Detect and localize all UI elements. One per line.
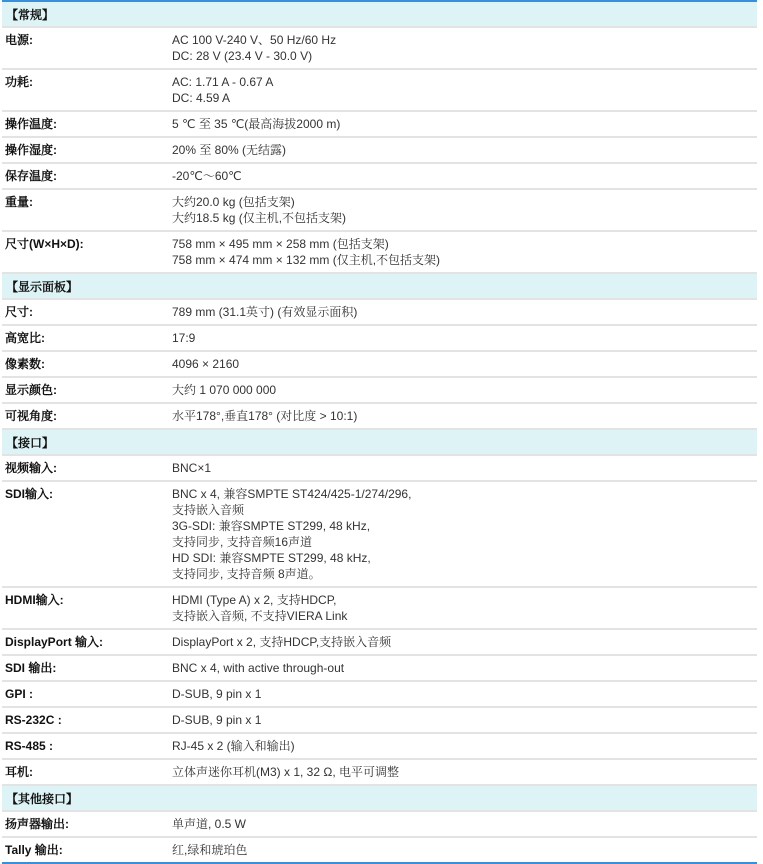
spec-label: DisplayPort 输入: (2, 629, 169, 655)
section-title: 【其他接口】 (2, 785, 757, 811)
spec-value-line: AC: 1.71 A - 0.67 A (172, 74, 757, 90)
spec-value-line: 758 mm × 495 mm × 258 mm (包括支架) (172, 236, 757, 252)
spec-value: 单声道, 0.5 W (169, 811, 757, 837)
spec-label: 扬声器输出: (2, 811, 169, 837)
spec-row: 操作温度:5 ℃ 至 35 ℃(最高海拔2000 m) (2, 111, 757, 137)
spec-value: BNC x 4, with active through-out (169, 655, 757, 681)
spec-table: 【常规】电源:AC 100 V-240 V、50 Hz/60 HzDC: 28 … (2, 0, 757, 842)
spec-value-line: 17:9 (172, 330, 757, 346)
spec-label: 视频输入: (2, 455, 169, 481)
spec-value-line: 大约18.5 kg (仅主机,不包括支架) (172, 210, 757, 226)
spec-value: RJ-45 x 2 (输入和输出) (169, 733, 757, 759)
spec-row: DisplayPort 输入:DisplayPort x 2, 支持HDCP,支… (2, 629, 757, 655)
spec-row: 视频输入:BNC×1 (2, 455, 757, 481)
spec-label: 保存温度: (2, 163, 169, 189)
spec-row: RS-485 :RJ-45 x 2 (输入和输出) (2, 733, 757, 759)
spec-label: 操作湿度: (2, 137, 169, 163)
spec-value-line: 单声道, 0.5 W (172, 816, 757, 832)
spec-label: 电源: (2, 27, 169, 69)
spec-row: 尺寸(W×H×D):758 mm × 495 mm × 258 mm (包括支架… (2, 231, 757, 273)
spec-value-line: 758 mm × 474 mm × 132 mm (仅主机,不包括支架) (172, 252, 757, 268)
spec-row: 高宽比:17:9 (2, 325, 757, 351)
spec-row: GPI :D-SUB, 9 pin x 1 (2, 681, 757, 707)
spec-value: BNC x 4, 兼容SMPTE ST424/425-1/274/296,支持嵌… (169, 481, 757, 587)
section-header: 【其他接口】 (2, 785, 757, 811)
spec-value: 20% 至 80% (无结露) (169, 137, 757, 163)
spec-label: 功耗: (2, 69, 169, 111)
spec-label: RS-232C : (2, 707, 169, 733)
spec-label: 尺寸: (2, 299, 169, 325)
spec-value-line: 支持嵌入音频, 不支持VIERA Link (172, 608, 757, 624)
spec-value-line: HD SDI: 兼容SMPTE ST299, 48 kHz, (172, 550, 757, 566)
spec-value: HDMI (Type A) x 2, 支持HDCP,支持嵌入音频, 不支持VIE… (169, 587, 757, 629)
spec-value-line: 大约20.0 kg (包括支架) (172, 194, 757, 210)
spec-value: D-SUB, 9 pin x 1 (169, 707, 757, 733)
spec-label: 耳机: (2, 759, 169, 785)
section-title: 【常规】 (2, 1, 757, 27)
spec-value-line: 789 mm (31.1英寸) (有效显示面积) (172, 304, 757, 320)
spec-value: 水平178°,垂直178° (对比度 > 10:1) (169, 403, 757, 429)
spec-value-line: 支持同步, 支持音频 8声道。 (172, 566, 757, 582)
spec-value-line: 水平178°,垂直178° (对比度 > 10:1) (172, 408, 757, 424)
spec-value-line: DisplayPort x 2, 支持HDCP,支持嵌入音频 (172, 634, 757, 650)
spec-label: 像素数: (2, 351, 169, 377)
spec-value-line: 立体声迷你耳机(M3) x 1, 32 Ω, 电平可调整 (172, 764, 757, 780)
spec-value-line: HDMI (Type A) x 2, 支持HDCP, (172, 592, 757, 608)
section-header: 【接口】 (2, 429, 757, 455)
spec-value: D-SUB, 9 pin x 1 (169, 681, 757, 707)
spec-value-line: 3G-SDI: 兼容SMPTE ST299, 48 kHz, (172, 518, 757, 534)
spec-value-line: D-SUB, 9 pin x 1 (172, 686, 757, 702)
spec-row: Tally 输出:红,绿和琥珀色 (2, 837, 757, 842)
spec-value-line: BNC x 4, with active through-out (172, 660, 757, 676)
spec-label: 显示颜色: (2, 377, 169, 403)
spec-value: 大约20.0 kg (包括支架)大约18.5 kg (仅主机,不包括支架) (169, 189, 757, 231)
spec-value-line: -20℃～60℃ (172, 168, 757, 184)
spec-value: 789 mm (31.1英寸) (有效显示面积) (169, 299, 757, 325)
spec-label: 可视角度: (2, 403, 169, 429)
spec-row: 耳机:立体声迷你耳机(M3) x 1, 32 Ω, 电平可调整 (2, 759, 757, 785)
spec-value-line: 5 ℃ 至 35 ℃(最高海拔2000 m) (172, 116, 757, 132)
spec-value-line: DC: 28 V (23.4 V - 30.0 V) (172, 48, 757, 64)
spec-value-line: 支持同步, 支持音频16声道 (172, 534, 757, 550)
spec-value-line: 4096 × 2160 (172, 356, 757, 372)
spec-label: Tally 输出: (2, 837, 169, 842)
spec-value: -20℃～60℃ (169, 163, 757, 189)
spec-value-line: BNC×1 (172, 460, 757, 476)
spec-label: 尺寸(W×H×D): (2, 231, 169, 273)
section-header: 【常规】 (2, 1, 757, 27)
spec-label: 操作温度: (2, 111, 169, 137)
spec-row: RS-232C :D-SUB, 9 pin x 1 (2, 707, 757, 733)
spec-value-line: RJ-45 x 2 (输入和输出) (172, 738, 757, 754)
spec-label: SDI 输出: (2, 655, 169, 681)
spec-row: 显示颜色:大约 1 070 000 000 (2, 377, 757, 403)
spec-value: 红,绿和琥珀色 (169, 837, 757, 842)
spec-value-line: D-SUB, 9 pin x 1 (172, 712, 757, 728)
spec-value-line: 20% 至 80% (无结露) (172, 142, 757, 158)
spec-value: 17:9 (169, 325, 757, 351)
spec-table-body: 【常规】电源:AC 100 V-240 V、50 Hz/60 HzDC: 28 … (2, 1, 757, 842)
spec-label: RS-485 : (2, 733, 169, 759)
spec-row: 操作湿度:20% 至 80% (无结露) (2, 137, 757, 163)
spec-value-line: BNC x 4, 兼容SMPTE ST424/425-1/274/296, (172, 486, 757, 502)
spec-row: SDI 输出:BNC x 4, with active through-out (2, 655, 757, 681)
spec-label: 高宽比: (2, 325, 169, 351)
spec-row: 像素数:4096 × 2160 (2, 351, 757, 377)
spec-value: AC: 1.71 A - 0.67 ADC: 4.59 A (169, 69, 757, 111)
spec-row: HDMI输入:HDMI (Type A) x 2, 支持HDCP,支持嵌入音频,… (2, 587, 757, 629)
spec-value-line: 支持嵌入音频 (172, 502, 757, 518)
spec-label: 重量: (2, 189, 169, 231)
spec-label: GPI : (2, 681, 169, 707)
spec-value: DisplayPort x 2, 支持HDCP,支持嵌入音频 (169, 629, 757, 655)
spec-row: 尺寸:789 mm (31.1英寸) (有效显示面积) (2, 299, 757, 325)
spec-row: 重量:大约20.0 kg (包括支架)大约18.5 kg (仅主机,不包括支架) (2, 189, 757, 231)
spec-row: SDI输入:BNC x 4, 兼容SMPTE ST424/425-1/274/2… (2, 481, 757, 587)
spec-row: 功耗:AC: 1.71 A - 0.67 ADC: 4.59 A (2, 69, 757, 111)
section-title: 【接口】 (2, 429, 757, 455)
spec-row: 电源:AC 100 V-240 V、50 Hz/60 HzDC: 28 V (2… (2, 27, 757, 69)
section-title: 【显示面板】 (2, 273, 757, 299)
spec-value: 立体声迷你耳机(M3) x 1, 32 Ω, 电平可调整 (169, 759, 757, 785)
spec-value: 758 mm × 495 mm × 258 mm (包括支架)758 mm × … (169, 231, 757, 273)
spec-value: 4096 × 2160 (169, 351, 757, 377)
spec-row: 扬声器输出:单声道, 0.5 W (2, 811, 757, 837)
spec-value: 5 ℃ 至 35 ℃(最高海拔2000 m) (169, 111, 757, 137)
spec-value-line: AC 100 V-240 V、50 Hz/60 Hz (172, 32, 757, 48)
spec-row: 保存温度:-20℃～60℃ (2, 163, 757, 189)
spec-value-line: 大约 1 070 000 000 (172, 382, 757, 398)
spec-value: AC 100 V-240 V、50 Hz/60 HzDC: 28 V (23.4… (169, 27, 757, 69)
spec-row: 可视角度:水平178°,垂直178° (对比度 > 10:1) (2, 403, 757, 429)
spec-value: 大约 1 070 000 000 (169, 377, 757, 403)
section-header: 【显示面板】 (2, 273, 757, 299)
spec-label: SDI输入: (2, 481, 169, 587)
spec-value: BNC×1 (169, 455, 757, 481)
spec-label: HDMI输入: (2, 587, 169, 629)
spec-value-line: DC: 4.59 A (172, 90, 757, 106)
